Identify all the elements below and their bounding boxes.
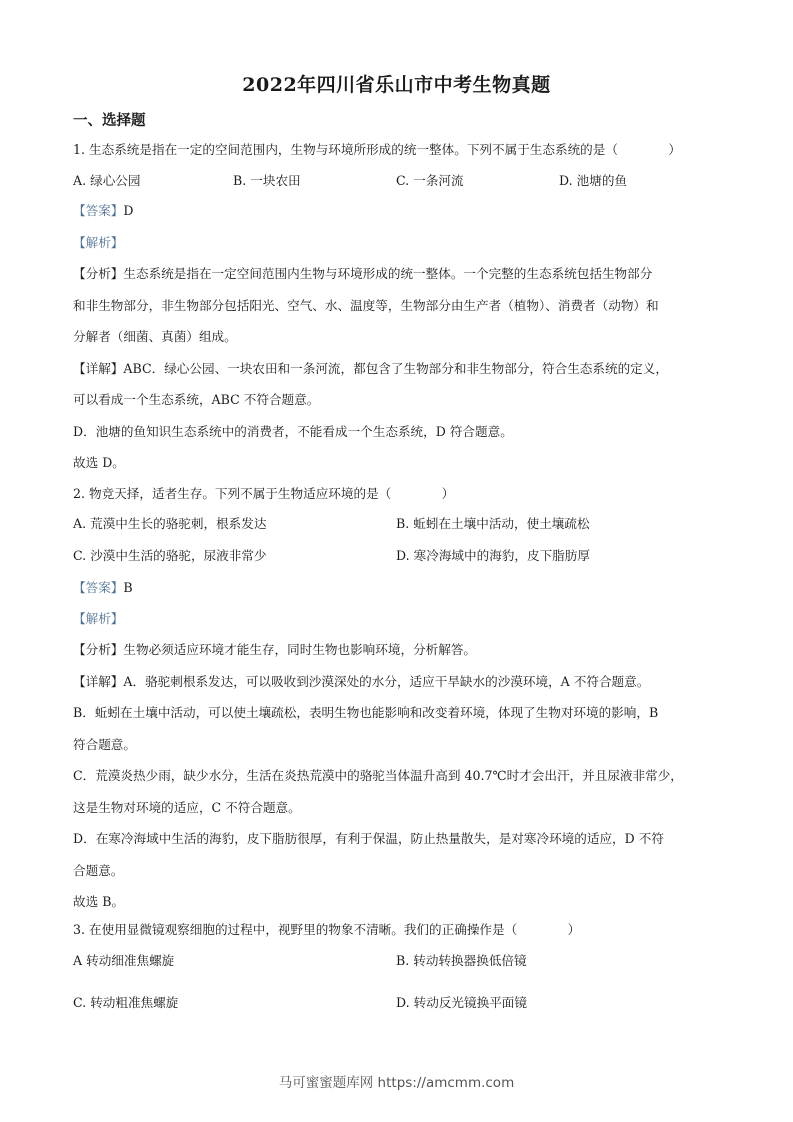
q2-text-line: 【详解】A．骆驼刺根系发达，可以吸收到沙漠深处的水分，适应干旱缺水的沙漠环境，A… bbox=[73, 674, 649, 690]
q1-answer: 【答案】D bbox=[73, 203, 133, 219]
q2-text-line: 故选 B。 bbox=[73, 894, 124, 910]
q1-text-line: 和非生物部分，非生物部分包括阳光、空气、水、温度等，生物部分由生产者（植物）、消… bbox=[73, 298, 659, 314]
question-1-stem: 1. 生态系统是指在一定的空间范围内，生物与环境所形成的统一整体。下列不属于生态… bbox=[73, 142, 681, 158]
answer-label: 【答案】 bbox=[73, 580, 123, 595]
q2-answer: 【答案】B bbox=[73, 580, 133, 596]
q2-analysis-label: 【解析】 bbox=[73, 611, 123, 627]
q1-option-a: A. 绿心公园 bbox=[73, 173, 140, 189]
q1-text-line: 可以看成一个生态系统，ABC 不符合题意。 bbox=[73, 392, 319, 408]
q3-option-d: D. 转动反光镜换平面镜 bbox=[396, 995, 527, 1011]
q1-option-b: B. 一块农田 bbox=[233, 173, 301, 189]
answer-value: D bbox=[123, 203, 133, 218]
q2-option-a: A. 荒漠中生长的骆驼刺，根系发达 bbox=[73, 516, 266, 532]
watermark-footer: 马可蜜蜜题库网 https://amcmm.com bbox=[0, 1071, 793, 1091]
q2-text-line: B．蚯蚓在土壤中活动，可以使土壤疏松，表明生物也能影响和改变着环境，体现了生物对… bbox=[73, 705, 658, 721]
section-heading: 一、选择题 bbox=[73, 109, 146, 130]
q2-text-line: 合题意。 bbox=[73, 863, 123, 879]
q2-text-line: 这是生物对环境的适应，C 不符合题意。 bbox=[73, 800, 301, 816]
q3-option-a: A 转动细准焦螺旋 bbox=[73, 953, 174, 969]
q2-option-c: C. 沙漠中生活的骆驼，尿液非常少 bbox=[73, 548, 267, 564]
q1-text-line: D．池塘的鱼知识生态系统中的消费者，不能看成一个生态系统，D 符合题意。 bbox=[73, 424, 513, 440]
q1-option-d: D. 池塘的鱼 bbox=[559, 173, 627, 189]
q2-text-line: D．在寒冷海域中生活的海豹，皮下脂肪很厚，有利于保温，防止热量散失，是对寒冷环境… bbox=[73, 831, 664, 847]
q3-option-b: B. 转动转换器换低倍镜 bbox=[396, 953, 527, 969]
q1-analysis-label: 【解析】 bbox=[73, 235, 123, 251]
q1-option-c: C. 一条河流 bbox=[396, 173, 464, 189]
q1-text-line: 【分析】生态系统是指在一定空间范围内生物与环境形成的统一整体。一个完整的生态系统… bbox=[73, 266, 652, 282]
q2-option-b: B. 蚯蚓在土壤中活动，使土壤疏松 bbox=[396, 516, 590, 532]
q1-text-line: 故选 D。 bbox=[73, 455, 125, 471]
q1-text-line: 分解者（细菌、真菌）组成。 bbox=[73, 329, 237, 345]
question-3-stem: 3. 在使用显微镜观察细胞的过程中，视野里的物象不清晰。我们的正确操作是（ ） bbox=[73, 922, 580, 938]
q2-option-d: D. 寒冷海域中的海豹，皮下脂肪厚 bbox=[396, 548, 590, 564]
question-2-stem: 2. 物竞天择，适者生存。下列不属于生物适应环境的是（ ） bbox=[73, 486, 454, 502]
q1-text-line: 【详解】ABC．绿心公园、一块农田和一条河流，都包含了生物部分和非生物部分，符合… bbox=[73, 361, 668, 377]
page-title: 2022年四川省乐山市中考生物真题 bbox=[0, 70, 793, 97]
q2-text-line: 符合题意。 bbox=[73, 737, 136, 753]
q3-option-c: C. 转动粗准焦螺旋 bbox=[73, 995, 178, 1011]
document-page: 2022年四川省乐山市中考生物真题 一、选择题 1. 生态系统是指在一定的空间范… bbox=[0, 0, 793, 1122]
answer-value: B bbox=[123, 580, 132, 595]
q2-text-line: 【分析】生物必须适应环境才能生存，同时生物也影响环境，分析解答。 bbox=[73, 642, 476, 658]
q2-text-line: C．荒漠炎热少雨，缺少水分，生活在炎热荒漠中的骆驼当体温升高到 40.7℃时才会… bbox=[73, 768, 683, 784]
answer-label: 【答案】 bbox=[73, 203, 123, 218]
